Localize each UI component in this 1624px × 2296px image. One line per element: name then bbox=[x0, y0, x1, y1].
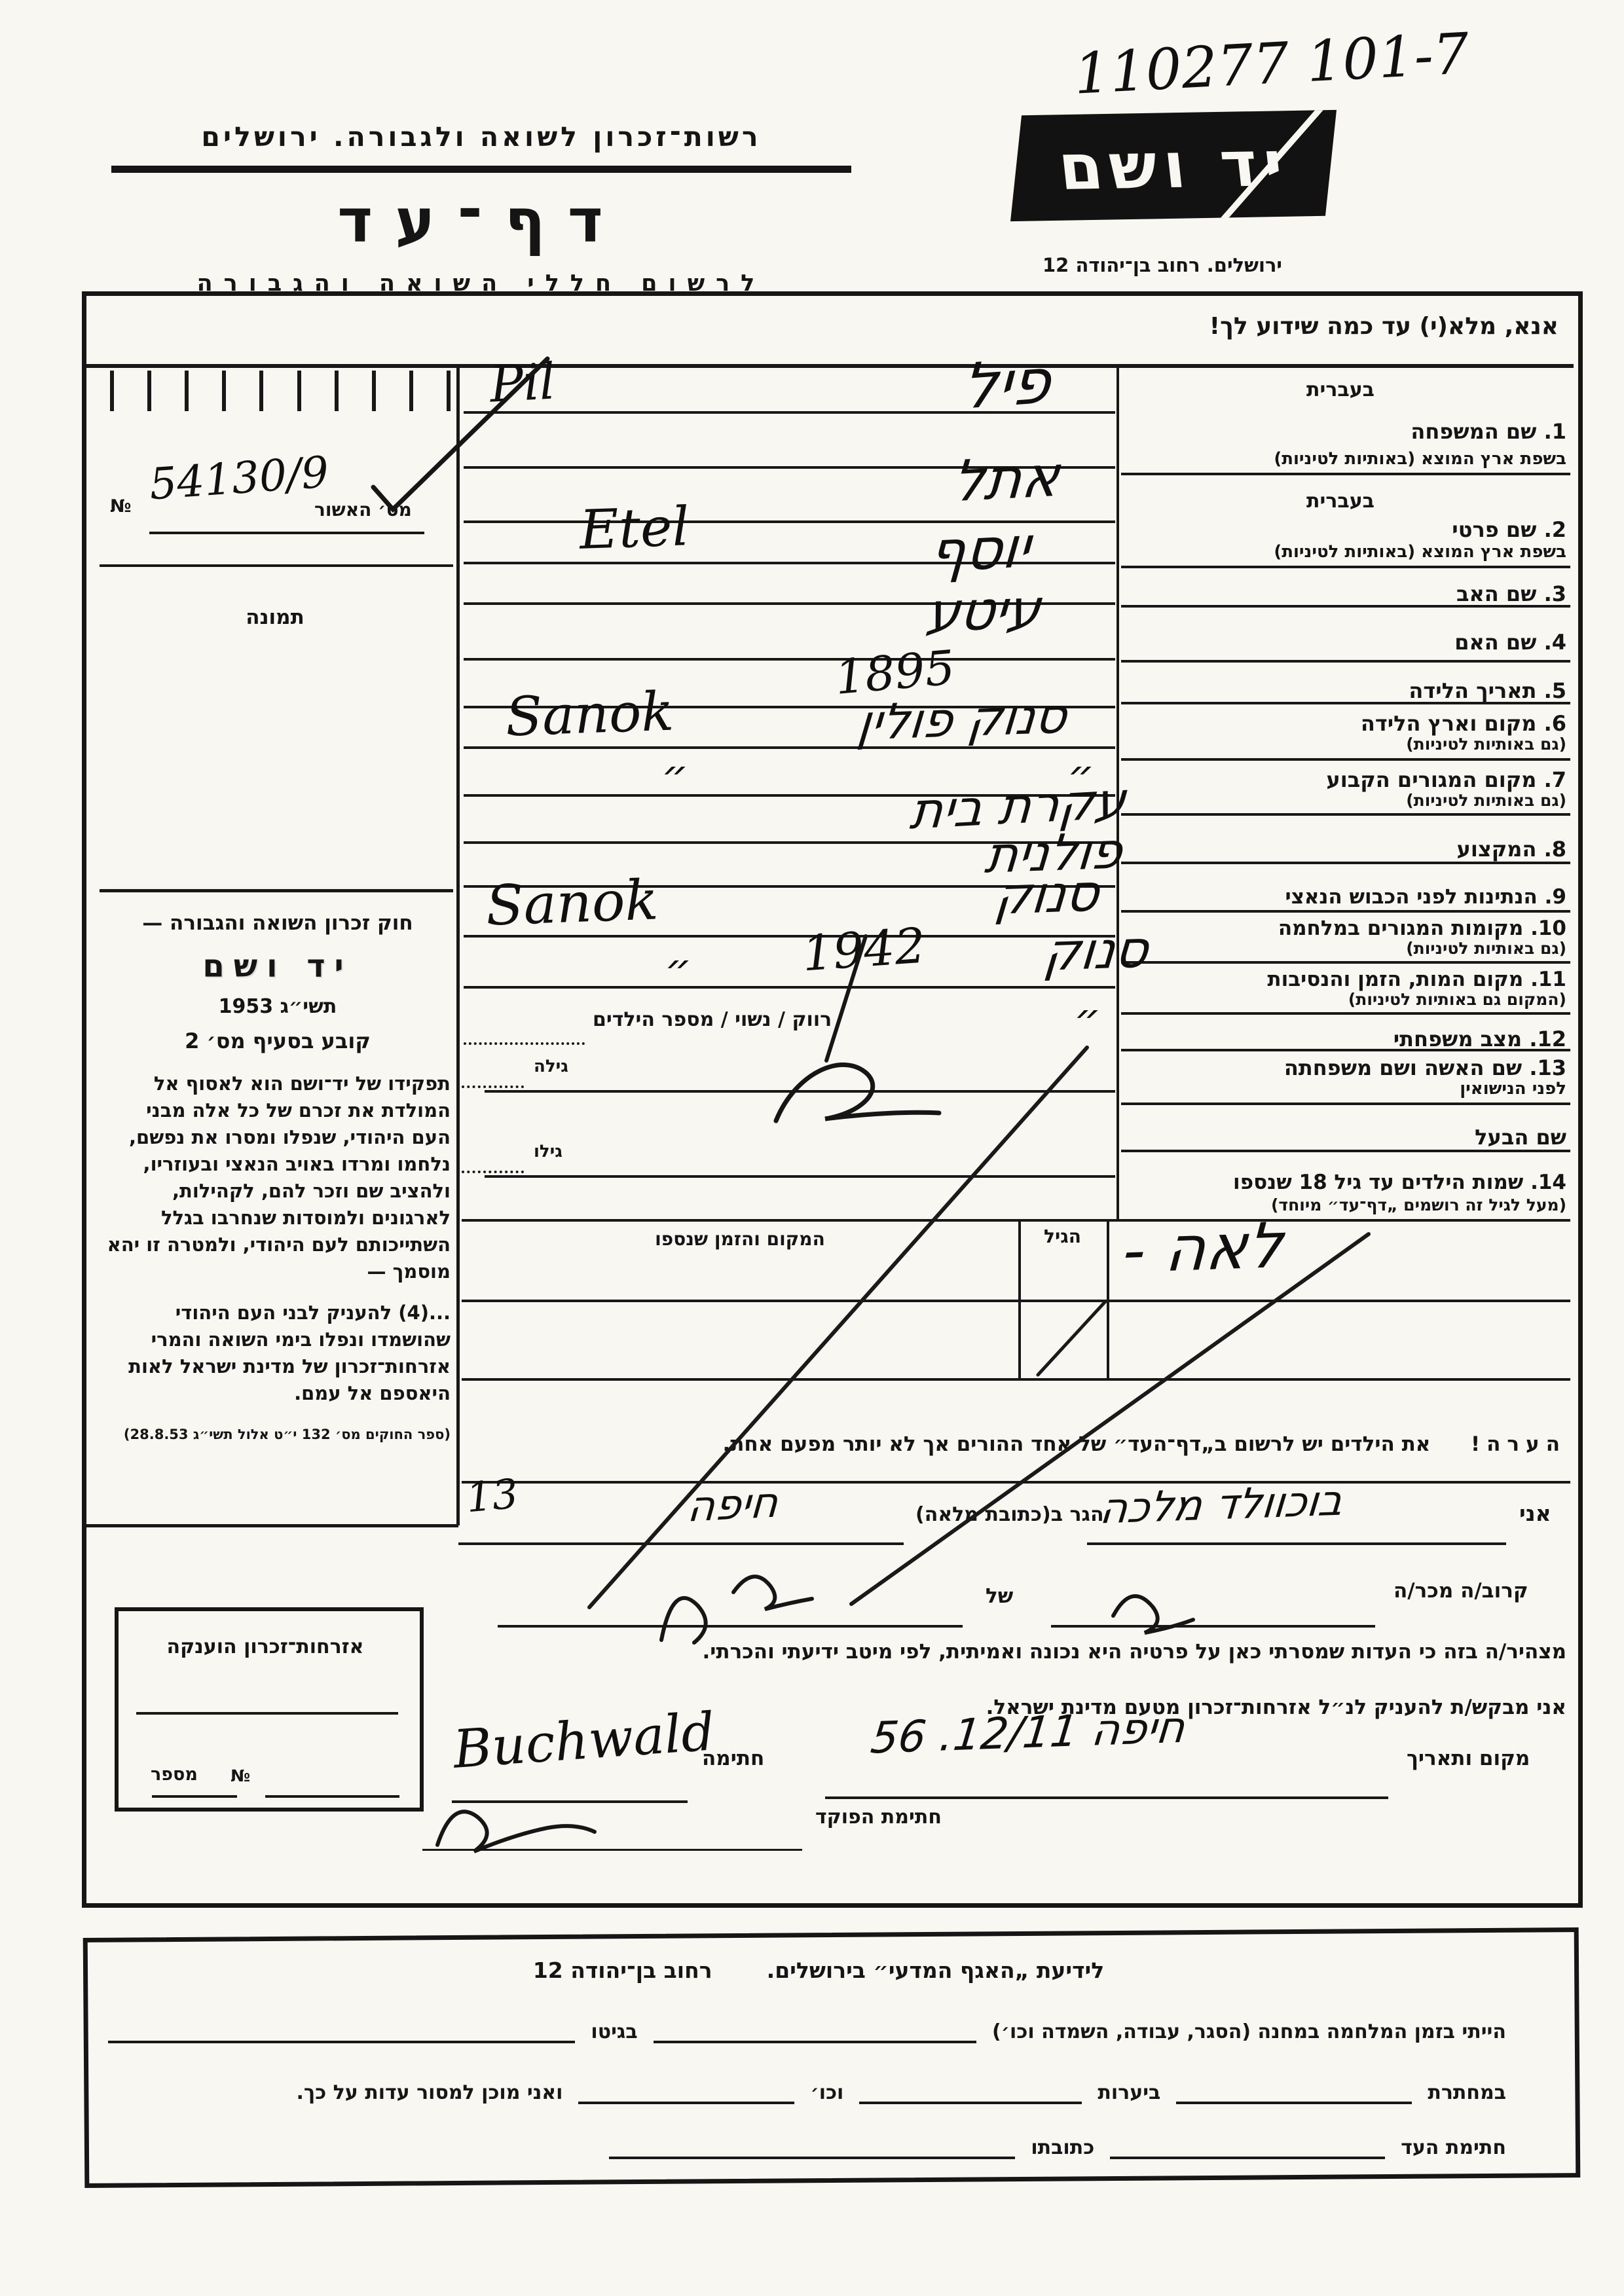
label-rule-13 bbox=[1121, 1102, 1570, 1105]
field12-label: 12. מצב משפחתי bbox=[1115, 1027, 1566, 1051]
memorial-number-label: מספר bbox=[151, 1764, 198, 1785]
declaration-address-label: הגר ב(כתובת מלאה) bbox=[915, 1503, 1104, 1526]
clerk-signature-label: חתימת הפוקד bbox=[815, 1806, 942, 1829]
marital-status-options: רווק / נשוי / מספר הילדים bbox=[593, 1008, 832, 1031]
children-table-bottom bbox=[462, 1378, 1570, 1381]
forests-blank-line bbox=[859, 2074, 1082, 2104]
form-header: רשות־זכרון לשואה ולגבורה. ירושלים דף־עד … bbox=[111, 121, 851, 297]
law-source: (ספר החוקים מס׳ 132 י״ט אלול תשי״ג 28.8.… bbox=[105, 1427, 451, 1442]
memorial-line bbox=[136, 1712, 398, 1715]
law-block: חוק זכרון השואה והגבורה — יד ושם תשי״ג 1… bbox=[105, 911, 451, 1442]
war-residence-hebrew-handwritten: סנוק bbox=[992, 864, 1102, 926]
law-heading: חוק זכרון השואה והגבורה — bbox=[105, 911, 451, 935]
camp-label: הייתי בזמן המלחמה במחנה (הסגר, עבודה, הש… bbox=[992, 2020, 1506, 2043]
authority-name: רשות־זכרון לשואה ולגבורה. ירושלים bbox=[111, 121, 851, 173]
law-year: תשי״ג 1953 bbox=[105, 995, 451, 1018]
label-rule-8 bbox=[1121, 862, 1570, 864]
etc-label: וכו׳ bbox=[810, 2081, 843, 2104]
death-place-hebrew-handwritten: סנוק bbox=[1041, 920, 1151, 983]
label-rule-14 bbox=[1121, 1150, 1570, 1152]
answer-line-6 bbox=[464, 746, 1115, 749]
left-column-divider bbox=[456, 368, 460, 1525]
law-top-rule bbox=[100, 889, 453, 892]
wife-name-line bbox=[485, 1090, 1115, 1093]
law-name: יד ושם bbox=[105, 948, 451, 985]
relation-label: קרוב/ה מכר/ה bbox=[1393, 1579, 1528, 1603]
field9-label: 9. הנתינות לפני הכבוש הנאצי bbox=[1115, 885, 1566, 909]
photo-label: תמונה bbox=[216, 606, 334, 629]
field5-label: 5. תאריך הלידה bbox=[1115, 678, 1566, 703]
witness-address-line bbox=[458, 1542, 904, 1545]
label-rule-12 bbox=[1121, 1049, 1570, 1051]
label-rule-3 bbox=[1121, 605, 1570, 608]
field10-sub-label: (גם באותיות לטיניות) bbox=[1115, 939, 1566, 958]
children-handwritten-scribble: לאה - bbox=[1120, 1210, 1285, 1288]
label-rule-1 bbox=[1121, 473, 1570, 475]
field4-label: 4. שם האם bbox=[1115, 630, 1566, 655]
bottom-row-signature: חתימת העד כתובתו bbox=[108, 2129, 1506, 2159]
children-table-row-line bbox=[462, 1300, 1570, 1302]
field2-sub-label: בשפת ארץ המוצא (באותיות לטיניות) bbox=[1115, 542, 1566, 562]
residence-ditto-left: ״ bbox=[661, 752, 688, 800]
children-table-top bbox=[462, 1219, 1570, 1222]
witness-address-number-handwritten: 13 bbox=[464, 1470, 520, 1522]
scientific-branch-title: לידיעת „האגף המדעי״ בירושלים. רחוב בן־יה… bbox=[196, 1958, 1441, 1983]
family-name-latin-handwritten: Pil bbox=[489, 352, 557, 413]
testify-label: ואני מוכן למסור עדות על כך. bbox=[297, 2081, 563, 2104]
death-ditto-right: ״ bbox=[1074, 995, 1101, 1044]
husband-name-line bbox=[485, 1175, 1115, 1178]
camp-blank-line bbox=[654, 2013, 976, 2043]
first-name-hebrew-handwritten: אתל bbox=[950, 443, 1062, 515]
field3-label: 3. שם האב bbox=[1115, 581, 1566, 606]
law-clause: ...(4) להעניק לבני העם היהודי שהושמדו ונ… bbox=[105, 1300, 451, 1407]
field2-hebrew-label: בעברית bbox=[1115, 490, 1566, 513]
testimony-page-scan: 110277 101-7 רשות־זכרון לשואה ולגבורה. י… bbox=[0, 0, 1624, 2296]
first-name-latin-handwritten: Etel bbox=[578, 496, 690, 562]
signature-line bbox=[452, 1800, 688, 1803]
ghetto-label: בגיטו bbox=[591, 2020, 637, 2043]
field11-label: 11. מקום המות, הזמן והנסיבות bbox=[1115, 968, 1566, 991]
field6-label: 6. מקום וארץ הלידה bbox=[1115, 711, 1566, 736]
underground-label: במחתרת bbox=[1428, 2081, 1506, 2104]
witness-name-line bbox=[1087, 1542, 1506, 1545]
forests-label: ביערות bbox=[1098, 2081, 1160, 2104]
children-note-label: הערה! bbox=[1471, 1432, 1566, 1456]
children-col-age-header: הגיל bbox=[1018, 1226, 1107, 1247]
place-date-label: מקום ותאריך bbox=[1407, 1747, 1530, 1770]
relation-of-label: של bbox=[986, 1584, 1013, 1608]
memorial-number-line-b bbox=[265, 1795, 399, 1798]
mother-name-handwritten: עיטע bbox=[923, 578, 1044, 644]
declaration-i-label: אני bbox=[1519, 1501, 1551, 1526]
label-rule-2 bbox=[1121, 566, 1570, 568]
answer-line-4 bbox=[464, 658, 1115, 661]
ghetto-blank-line bbox=[108, 2013, 575, 2043]
answer-line-11 bbox=[464, 986, 1115, 989]
law-section: קובע בסעיף מס׳ 2 bbox=[105, 1029, 451, 1053]
memorial-no-sign: № bbox=[231, 1766, 250, 1785]
field6-sub-label: (גם באותיות לטיניות) bbox=[1115, 735, 1566, 754]
logo-address: ירושלים. רחוב בן־יהודה 12 bbox=[953, 254, 1372, 276]
father-name-handwritten: יוסף bbox=[927, 515, 1033, 586]
underground-blank-line bbox=[1176, 2074, 1412, 2104]
label-rule-9 bbox=[1121, 910, 1570, 913]
form-title: דף־עד bbox=[111, 186, 851, 256]
field7-label: 7. מקום המגורים הקבוע bbox=[1115, 767, 1566, 792]
birth-place-latin-handwritten: Sanok bbox=[504, 681, 674, 749]
law-body: תפקידו של יד־ושם הוא לאסוף אל המולדת את … bbox=[105, 1070, 451, 1285]
certificate-row-rule bbox=[100, 564, 453, 567]
archive-number-handwritten: 110277 101-7 bbox=[1073, 21, 1471, 107]
witness-sig-label: חתימת העד bbox=[1401, 2136, 1506, 2159]
certificate-number-label: מס׳ האשור bbox=[314, 499, 412, 520]
wife-age-label: גילה bbox=[534, 1057, 568, 1076]
children-note-text: את הילדים יש לרשום ב„דף־העד״ של אחד ההור… bbox=[722, 1432, 1430, 1456]
bottom-row-camp: הייתי בזמן המלחמה במחנה (הסגר, עבודה, הש… bbox=[108, 2013, 1506, 2043]
field14-label: 14. שמות הילדים עד גיל 18 שנספו bbox=[1115, 1171, 1566, 1194]
field8-label: 8. המקצוע bbox=[1115, 837, 1566, 862]
label-rule-6 bbox=[1121, 758, 1570, 761]
husband-name-label: שם הבעל bbox=[1115, 1125, 1566, 1150]
certificate-no-sign: № bbox=[110, 496, 131, 517]
label-rule-10 bbox=[1121, 961, 1570, 964]
yad-vashem-logo: יד ושם bbox=[1010, 110, 1337, 221]
memorial-granted-label: אזרחות־זכרון הוענקה bbox=[131, 1635, 399, 1658]
label-rule-4 bbox=[1121, 660, 1570, 663]
field7-sub-label: (גם באותיות לטיניות) bbox=[1115, 791, 1566, 810]
field11-sub-label: (המקום גם באותיות לטיניות) bbox=[1115, 990, 1566, 1009]
bottom-row-underground: במחתרת ביערות וכו׳ ואני מוכן למסור עדות … bbox=[108, 2074, 1506, 2104]
family-name-hebrew-handwritten: פיל bbox=[960, 345, 1053, 424]
instruction-rule bbox=[86, 364, 1574, 368]
field1-sub-label: בשפת ארץ המוצא (באותיות לטיניות) bbox=[1115, 449, 1566, 469]
relation-of-line bbox=[498, 1625, 963, 1628]
certificate-tick-marks bbox=[110, 371, 451, 414]
note-bottom-rule bbox=[462, 1481, 1570, 1484]
label-rule-11 bbox=[1121, 1012, 1570, 1015]
yad-vashem-logo-text: יד ושם bbox=[1054, 127, 1292, 204]
field2-label: 2. שם פרטי bbox=[1115, 517, 1566, 542]
place-date-line bbox=[825, 1796, 1388, 1799]
witness-address-label: כתובתו bbox=[1031, 2136, 1094, 2159]
children-note: הערה! את הילדים יש לרשום ב„דף־העד״ של אח… bbox=[440, 1432, 1566, 1456]
field1-label: 1. שם המשפחה bbox=[1115, 419, 1566, 444]
fill-instruction: אנא, מלא(י) עד כמה שידוע לך! bbox=[969, 313, 1559, 340]
field14-sub-label: (מעל לגיל זה רושמים „דף־עד״ מיוחד) bbox=[1115, 1195, 1566, 1214]
certificate-number-line bbox=[149, 532, 424, 534]
birth-place-hebrew-handwritten: סנוק פולין bbox=[855, 687, 1070, 752]
relation-line bbox=[1051, 1625, 1375, 1628]
label-rule-7 bbox=[1121, 813, 1570, 816]
field10-label: 10. מקומות המגורים במלחמה bbox=[1115, 917, 1566, 940]
witness-sig-blank-line bbox=[1110, 2129, 1385, 2159]
label-rule-5 bbox=[1121, 702, 1570, 704]
witness-name-handwritten: בוכוולד מלכה bbox=[1098, 1476, 1345, 1533]
declaration-statement: מצהיר/ה בזה כי העדות שמסרתי כאן על פרטיה… bbox=[440, 1640, 1566, 1664]
husband-age-label: גילו bbox=[534, 1142, 563, 1161]
war-residence-latin-handwritten: Sanok bbox=[485, 867, 659, 938]
field1-hebrew-label: בעברית bbox=[1115, 378, 1566, 401]
husband-age-dotted-line bbox=[462, 1147, 524, 1173]
field13-label: 13. שם האשה ושם משפחתה bbox=[1115, 1055, 1566, 1080]
memorial-number-line-a bbox=[152, 1795, 237, 1798]
etc-blank-line bbox=[578, 2074, 794, 2104]
witness-address-handwritten: חיפה bbox=[686, 1478, 780, 1532]
children-col-place-header: המקום והזמן שנספו bbox=[462, 1228, 1018, 1250]
witness-address-blank-line bbox=[609, 2129, 1015, 2159]
scientific-branch-title-text: לידיעת „האגף המדעי״ בירושלים. bbox=[767, 1958, 1105, 1983]
death-ditto-left: ״ bbox=[665, 945, 692, 994]
field13-sub-label: לפני הנישואין bbox=[1115, 1079, 1566, 1099]
clerk-signature-line bbox=[422, 1849, 802, 1851]
children-table-divider-age-right bbox=[1107, 1219, 1109, 1381]
wife-age-dotted-line bbox=[462, 1062, 524, 1088]
death-year-handwritten: 1942 bbox=[800, 918, 927, 983]
left-column-bottom-rule bbox=[86, 1524, 458, 1527]
marital-status-dotted-line bbox=[464, 1019, 585, 1045]
scientific-branch-title-address: רחוב בן־יהודה 12 bbox=[533, 1958, 712, 1983]
